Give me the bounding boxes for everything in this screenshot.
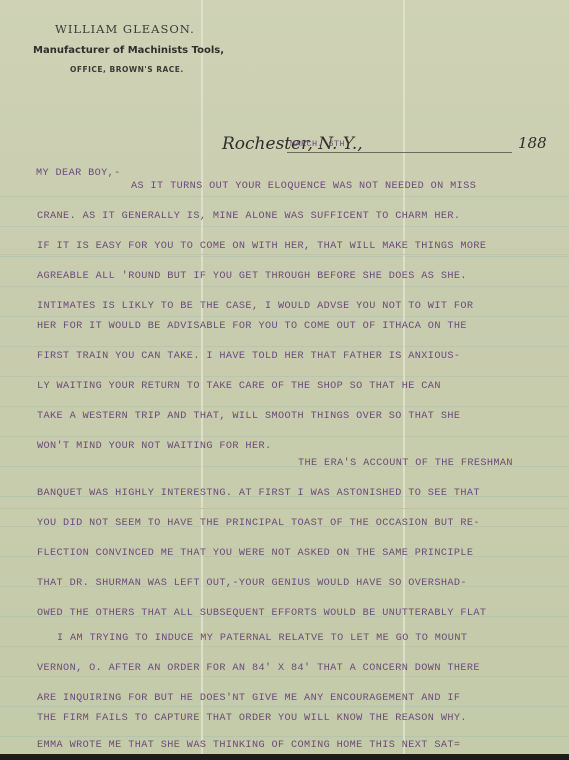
body-line: HER FOR IT WOULD BE ADVISABLE FOR YOU TO…: [37, 321, 467, 332]
body-line: ARE INQUIRING FOR BUT HE DOES'NT GIVE ME…: [37, 693, 460, 704]
dateline-date: MARCH. 6TH.: [290, 139, 351, 149]
body-line: INTIMATES IS LIKLY TO BE THE CASE, I WOU…: [37, 301, 473, 312]
body-line: I AM TRYING TO INDUCE MY PATERNAL RELATV…: [57, 633, 467, 644]
body-line: VERNON, O. AFTER AN ORDER FOR AN 84' X 8…: [37, 663, 480, 674]
ruled-line: [0, 436, 569, 437]
body-line: CRANE. AS IT GENERALLY IS, MINE ALONE WA…: [37, 211, 460, 222]
date-underline: [287, 152, 512, 153]
ruled-line: [0, 646, 569, 647]
body-line: AS IT TURNS OUT YOUR ELOQUENCE WAS NOT N…: [131, 181, 476, 192]
ruled-line: [0, 196, 569, 197]
ruled-line: [0, 676, 569, 677]
body-line: YOU DID NOT SEEM TO HAVE THE PRINCIPAL T…: [37, 518, 480, 529]
ruled-line: [0, 346, 569, 347]
ruled-line: [0, 736, 569, 737]
body-line: BANQUET WAS HIGHLY INTERESTNG. AT FIRST …: [37, 488, 480, 499]
body-line: FLECTION CONVINCED ME THAT YOU WERE NOT …: [37, 548, 473, 559]
paper-fold: [201, 0, 203, 760]
letterhead-subtitle: Manufacturer of Machinists Tools,: [33, 45, 224, 56]
body-line: LY WAITING YOUR RETURN TO TAKE CARE OF T…: [37, 381, 441, 392]
body-line: THAT DR. SHURMAN WAS LEFT OUT,-YOUR GENI…: [37, 578, 467, 589]
letter-page: WILLIAM GLEASON. Manufacturer of Machini…: [0, 0, 569, 760]
body-line: WON'T MIND YOUR NOT WAITING FOR HER.: [37, 441, 272, 452]
body-line: FIRST TRAIN YOU CAN TAKE. I HAVE TOLD HE…: [37, 351, 460, 362]
body-line: IF IT IS EASY FOR YOU TO COME ON WITH HE…: [37, 241, 486, 252]
body-line: THE FIRM FAILS TO CAPTURE THAT ORDER YOU…: [37, 713, 467, 724]
body-line: TAKE A WESTERN TRIP AND THAT, WILL SMOOT…: [37, 411, 460, 422]
letterhead-name: WILLIAM GLEASON.: [55, 22, 195, 36]
body-line: OWED THE OTHERS THAT ALL SUBSEQUENT EFFO…: [37, 608, 486, 619]
paper-fold: [0, 254, 569, 255]
dateline-year: 188: [518, 134, 547, 152]
ruled-line: [0, 406, 569, 407]
scan-edge: [0, 754, 569, 760]
ruled-line: [0, 226, 569, 227]
body-line: EMMA WROTE ME THAT SHE WAS THINKING OF C…: [37, 740, 460, 751]
body-line: AGREABLE ALL 'ROUND BUT IF YOU GET THROU…: [37, 271, 467, 282]
ruled-line: [0, 256, 569, 257]
ruled-line: [0, 376, 569, 377]
ruled-line: [0, 286, 569, 287]
ruled-line: [0, 316, 569, 317]
letterhead-office: OFFICE, BROWN'S RACE.: [70, 65, 184, 74]
paper-fold: [0, 508, 569, 509]
ruled-line: [0, 706, 569, 707]
body-line: THE ERA'S ACCOUNT OF THE FRESHMAN: [298, 458, 513, 469]
paper-fold: [403, 0, 405, 760]
salutation: MY DEAR BOY,-: [36, 168, 121, 179]
